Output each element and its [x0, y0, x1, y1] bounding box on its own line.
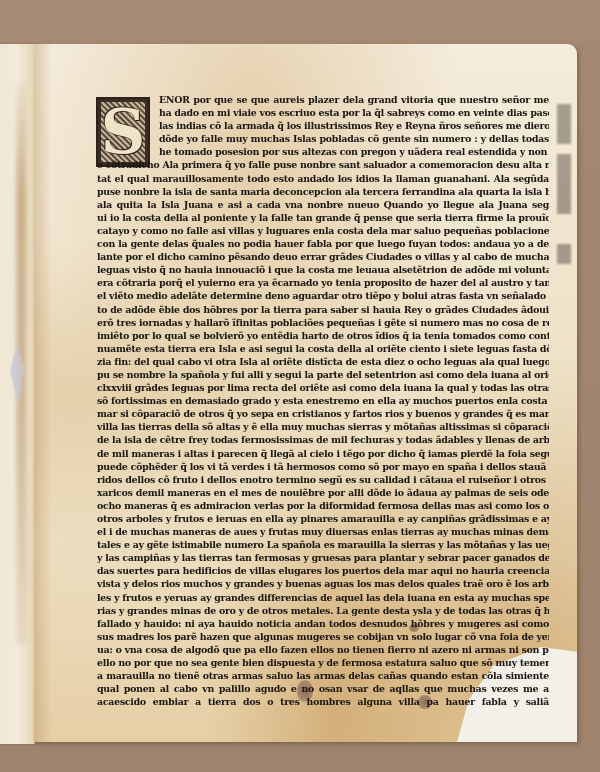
text-line: sus madres los parẽ hazen que algunas mu…	[97, 631, 549, 644]
text-line: villa las tierras della sõ altas y ẽ ell…	[97, 421, 549, 434]
text-line: les y frutos e yeruas ay grandes differe…	[97, 592, 549, 605]
text-line: el viẽto medio adelãte determine deno ag…	[97, 290, 549, 303]
text-line: imiẽto por lo qual se bolvierõ yo entẽdi…	[97, 330, 549, 343]
text-line: ala quita la Isla Juana e asi a cada vna…	[97, 199, 549, 212]
text-line: ello no por que no sea gente bien dispue…	[97, 657, 549, 670]
edge-damage-mark	[557, 244, 571, 264]
text-line: to de adõde ẽbie dos hõbres por la tierr…	[97, 304, 549, 317]
text-line: acaescido embiar a tierra dos o tres hom…	[97, 696, 549, 709]
text-line: xaricos demil maneras en el mes de nouiẽ…	[97, 487, 549, 500]
text-line: qual ponen al cabo vn palillo agudo e no…	[97, 683, 549, 696]
text-line: ocho maneras q̃ es admiracion verlas por…	[97, 500, 549, 513]
text-line: vista y delos rios muchos y grandes y bu…	[97, 578, 549, 591]
text-line: de la isla de cẽtre frey todas fermosiss…	[97, 434, 549, 447]
text-line: ridos dellos cõ fruto i dellos enotro te…	[97, 474, 549, 487]
text-line: con la gente delas q̃uales no podia haue…	[97, 238, 549, 251]
text-line: y las campiñas y las tierras tan fermosa…	[97, 552, 549, 565]
text-line: zia fin: del qual cabo vi otra Isla al o…	[97, 356, 549, 369]
text-line: fallado y hauido: ni aya hauido noticia …	[97, 618, 549, 631]
text-line: mar si cõparaciõ de otros q̃ yo sepa en …	[97, 408, 549, 421]
text-line: e cõtradicho Ala primera q̃ yo falle pus…	[97, 159, 549, 172]
text-line: pu se nombre la spañola y fui alli y seg…	[97, 369, 549, 382]
text-line: lante por el dicho camino pẽsando deuo e…	[97, 251, 549, 264]
text-line: las indias cõ la armada q̃ los illustris…	[97, 120, 549, 133]
text-line: puse nonbre la isla de santa maria decon…	[97, 186, 549, 199]
text-line: he tomado posesion por sus altezas con p…	[97, 146, 549, 159]
text-line: ENOR por que se que aureis plazer dela g…	[97, 94, 549, 107]
left-facing-page	[0, 44, 35, 744]
text-line: tales e ay gẽte istimabile numero La spa…	[97, 539, 549, 552]
text-line: nuamẽte esta tierra era Isla e asi segui…	[97, 343, 549, 356]
page-gutter-stain	[34, 44, 52, 742]
text-line: ui io la costa della al poniente y la fa…	[97, 212, 549, 225]
text-line: a marauilla no tienẽ otras armas saluo l…	[97, 670, 549, 683]
text-line: erõ tres iornadas y hallarõ ĩfinitas pob…	[97, 317, 549, 330]
text-line: das suertes para hedificios de villas el…	[97, 565, 549, 578]
text-line: rias y grandes minas de oro y de otros m…	[97, 605, 549, 618]
text-line: sõ fortissimas en demasiado grado y esta…	[97, 395, 549, 408]
text-line: puede cõphẽder q̃ los vi tã verdes i tã …	[97, 461, 549, 474]
text-line: catayo y como no falle asi villas y lugu…	[97, 225, 549, 238]
text-line: era cõtraria porq̃ el yuierno era ya ẽca…	[97, 277, 549, 290]
text-line: clxxviii grãdes leguas por lima recta de…	[97, 382, 549, 395]
text-line: el i de muchas maneras de aues y frutas …	[97, 526, 549, 539]
text-line: de mil maneras i altas i parecen q̃ lleg…	[97, 448, 549, 461]
edge-damage-mark	[557, 104, 571, 144]
text-line: ha dado en mi viaie vos escriuo esta por…	[97, 107, 549, 120]
text-line: dõde yo falle muy muchas Islas pobladas …	[97, 133, 549, 146]
edge-damage-mark	[557, 154, 571, 214]
text-line: otros arboles y frutos e ieruas en ella …	[97, 513, 549, 526]
text-line: leguas visto q̃ no hauia innouaciõ i que…	[97, 264, 549, 277]
letter-text: ENOR por que se que aureis plazer dela g…	[97, 94, 549, 709]
text-line: tat el qual marauillosamente todo esto a…	[97, 173, 549, 186]
text-line: ua: o vna cosa de algodõ que pa ello faz…	[97, 644, 549, 657]
